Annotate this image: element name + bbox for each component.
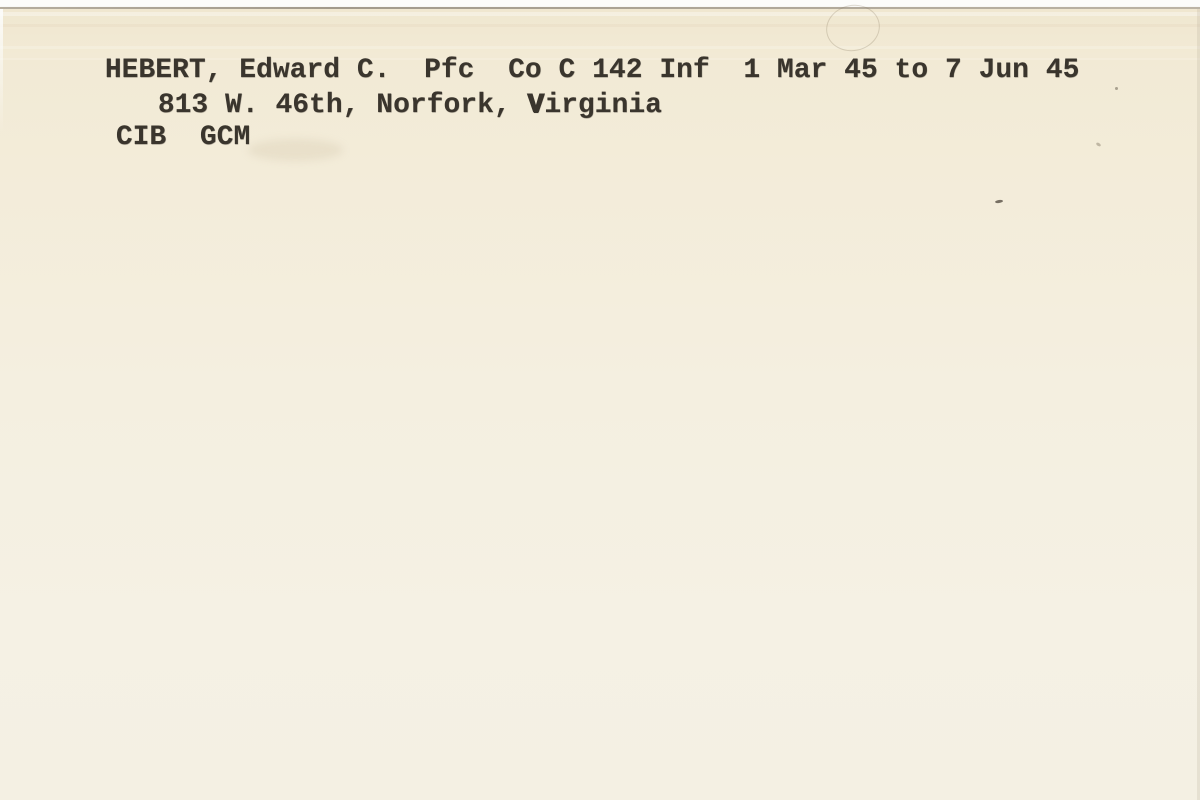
paper-speck [1115, 87, 1118, 90]
paper-speck [1096, 142, 1102, 147]
scanner-margin-top [0, 0, 1200, 7]
scanned-index-card: HEBERT, Edward C.PfcCo C 142 Inf1 Mar 45… [0, 0, 1200, 800]
service-dates: 1 Mar 45 to 7 Jun 45 [743, 55, 1079, 86]
state-name-rest: irginia [544, 90, 662, 121]
state-overstruck-letter: V [528, 90, 545, 121]
paper-speck [995, 199, 1003, 203]
awards: CIB GCM [116, 122, 250, 153]
awards-line: CIB GCM [15, 96, 250, 180]
paper-streak [0, 24, 1200, 27]
paper-streak [0, 12, 1200, 16]
card-surface: HEBERT, Edward C.PfcCo C 142 Inf1 Mar 45… [0, 9, 1200, 800]
scanner-margin-left [0, 9, 3, 134]
